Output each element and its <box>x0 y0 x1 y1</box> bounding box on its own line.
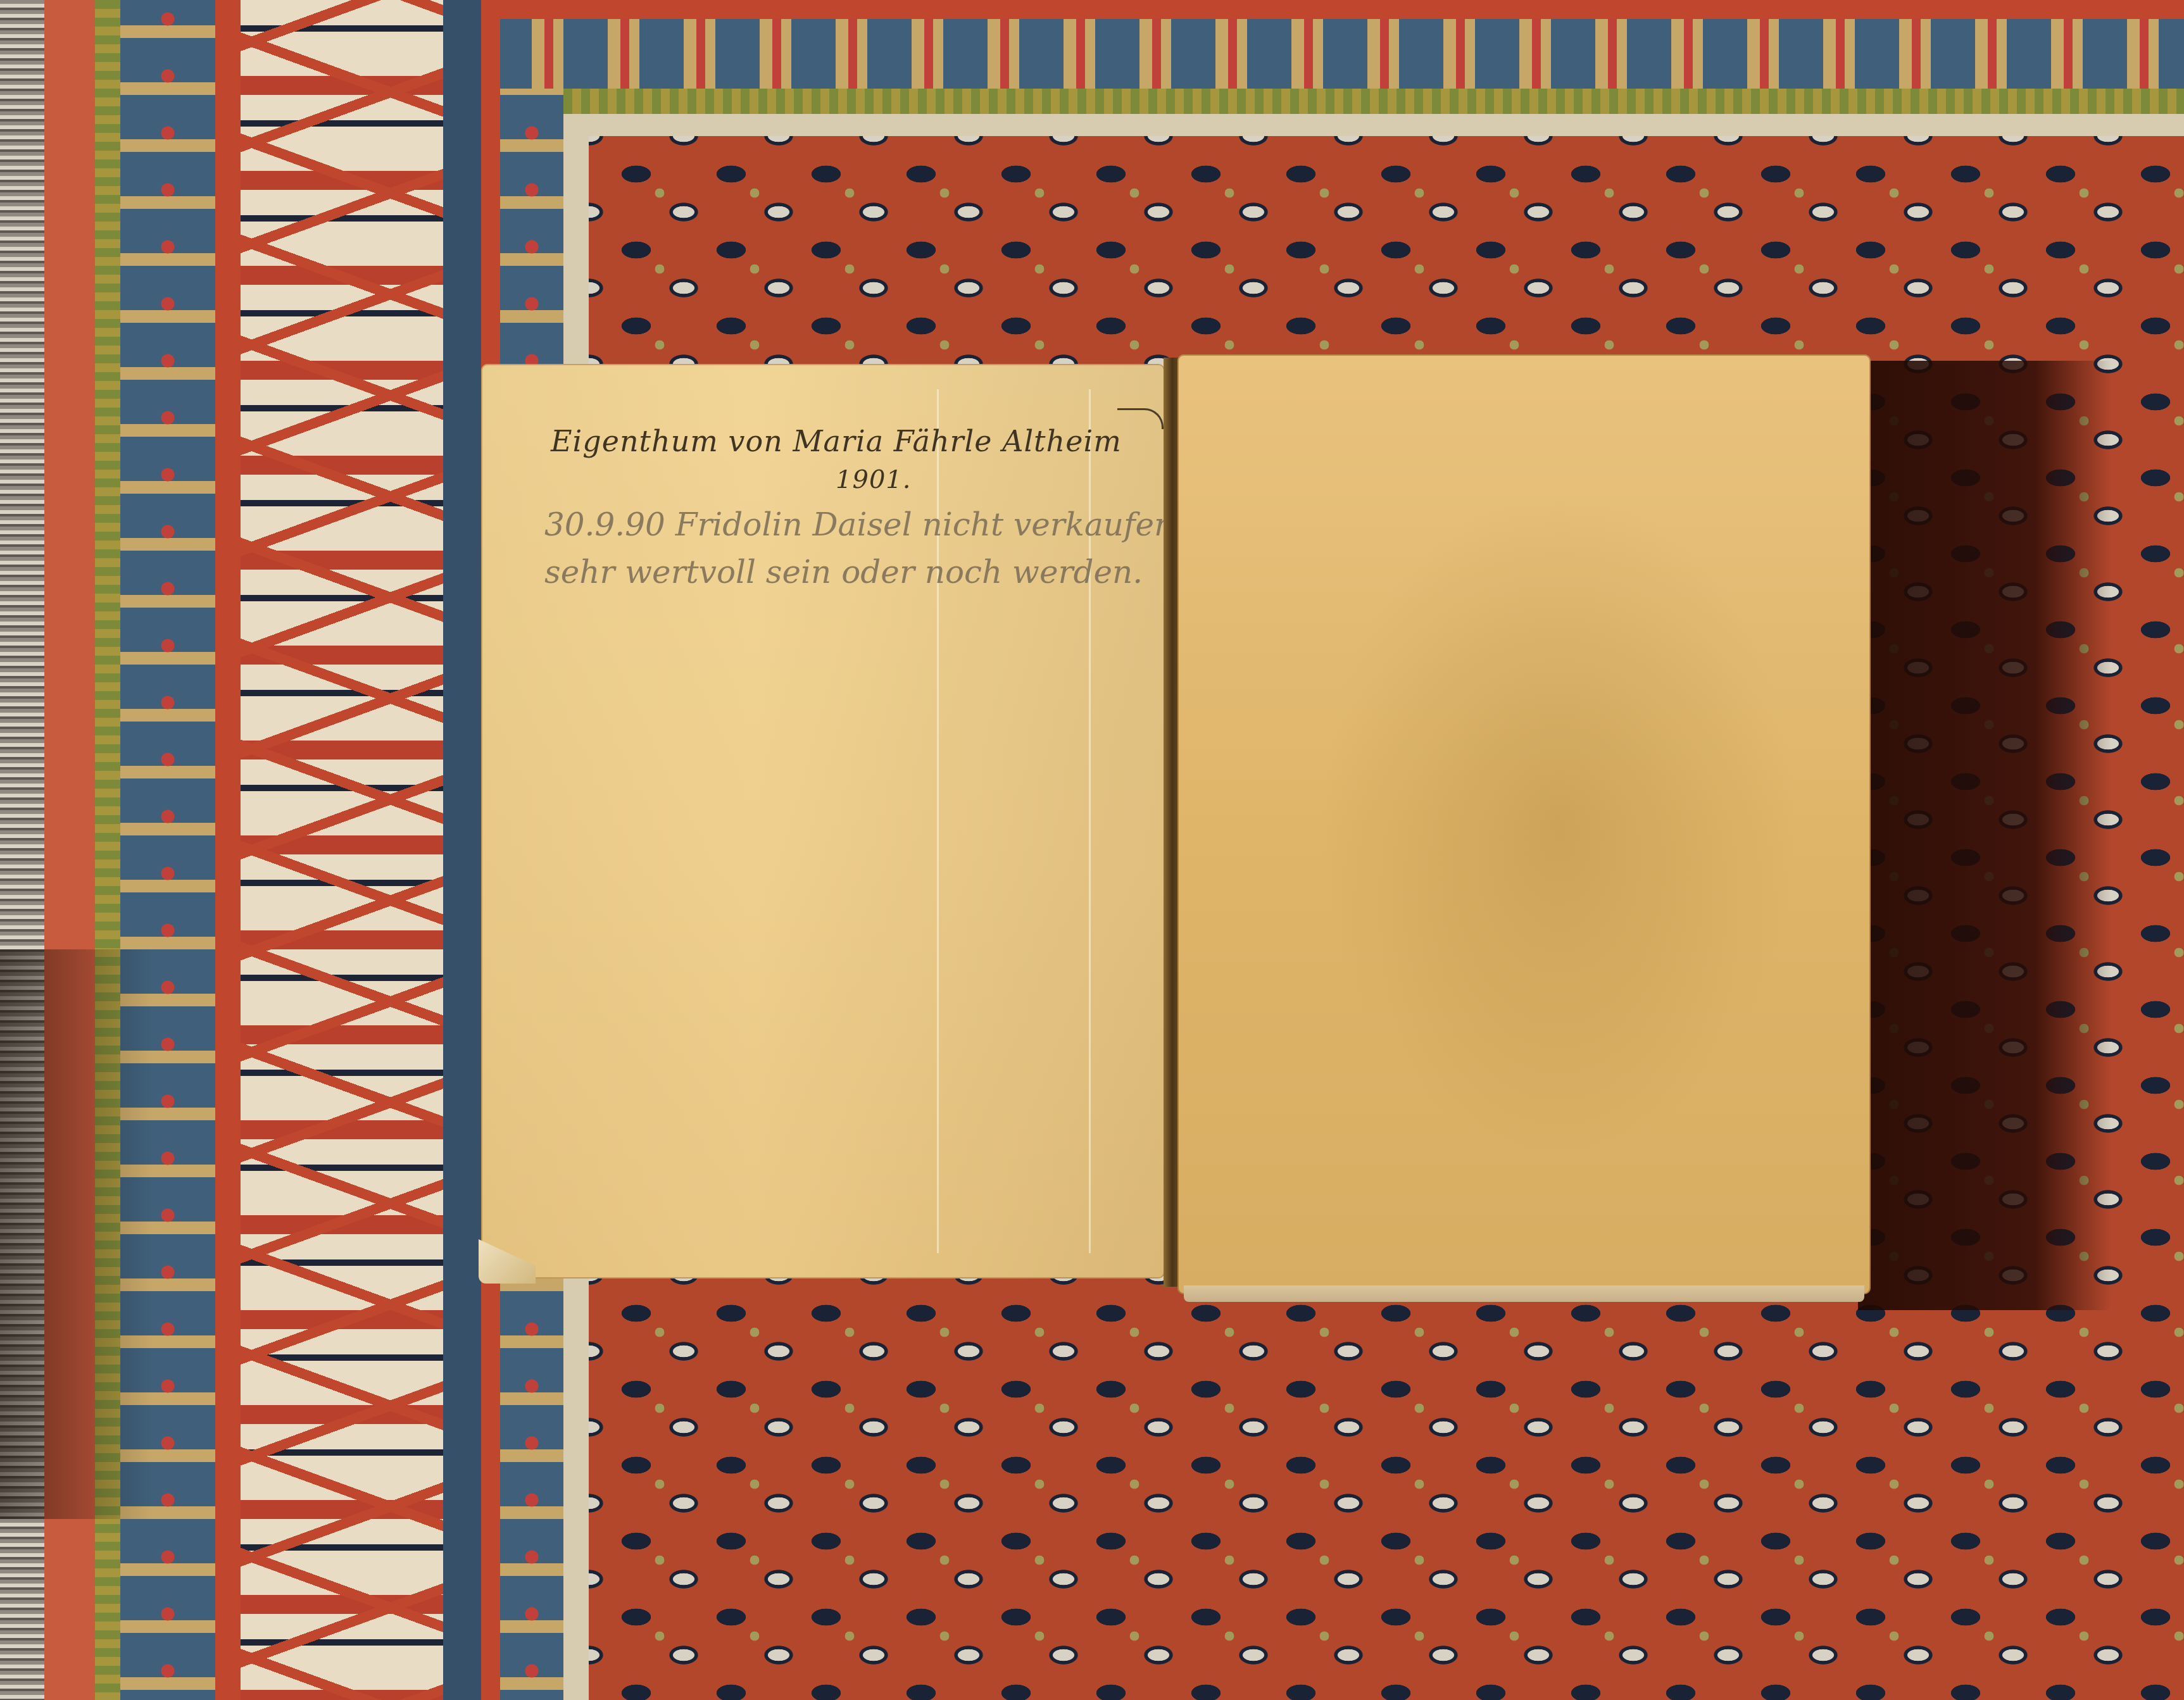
inscription-year: 1901. <box>836 465 912 494</box>
dog-ear-corner <box>479 1239 536 1284</box>
rug-top-green-stripe <box>563 89 2184 114</box>
photo-scene: Eigenthum von Maria Fährle Altheim 1901.… <box>0 0 2184 1700</box>
book-shadow <box>1858 361 2111 1310</box>
inscription-flourish <box>1117 408 1164 429</box>
rug-inner-blue-guard <box>443 0 481 1700</box>
rug-red-guard <box>215 0 241 1700</box>
rug-shadow <box>0 949 152 1519</box>
rug-ivory-main-border <box>241 0 443 1700</box>
right-page <box>1177 354 1871 1294</box>
pencil-note-line-2: sehr wertvoll sein oder noch werden. <box>544 554 1143 591</box>
rug-top-red-guard <box>494 0 2184 19</box>
ownership-inscription: Eigenthum von Maria Fährle Altheim <box>551 424 1122 458</box>
rug-top-blue-border <box>500 19 2184 89</box>
page-edges <box>1184 1285 1864 1302</box>
open-book: Eigenthum von Maria Fährle Altheim 1901.… <box>481 351 1874 1294</box>
left-page: Eigenthum von Maria Fährle Altheim 1901.… <box>481 364 1165 1278</box>
rug-top-ivory-line <box>563 114 2184 136</box>
